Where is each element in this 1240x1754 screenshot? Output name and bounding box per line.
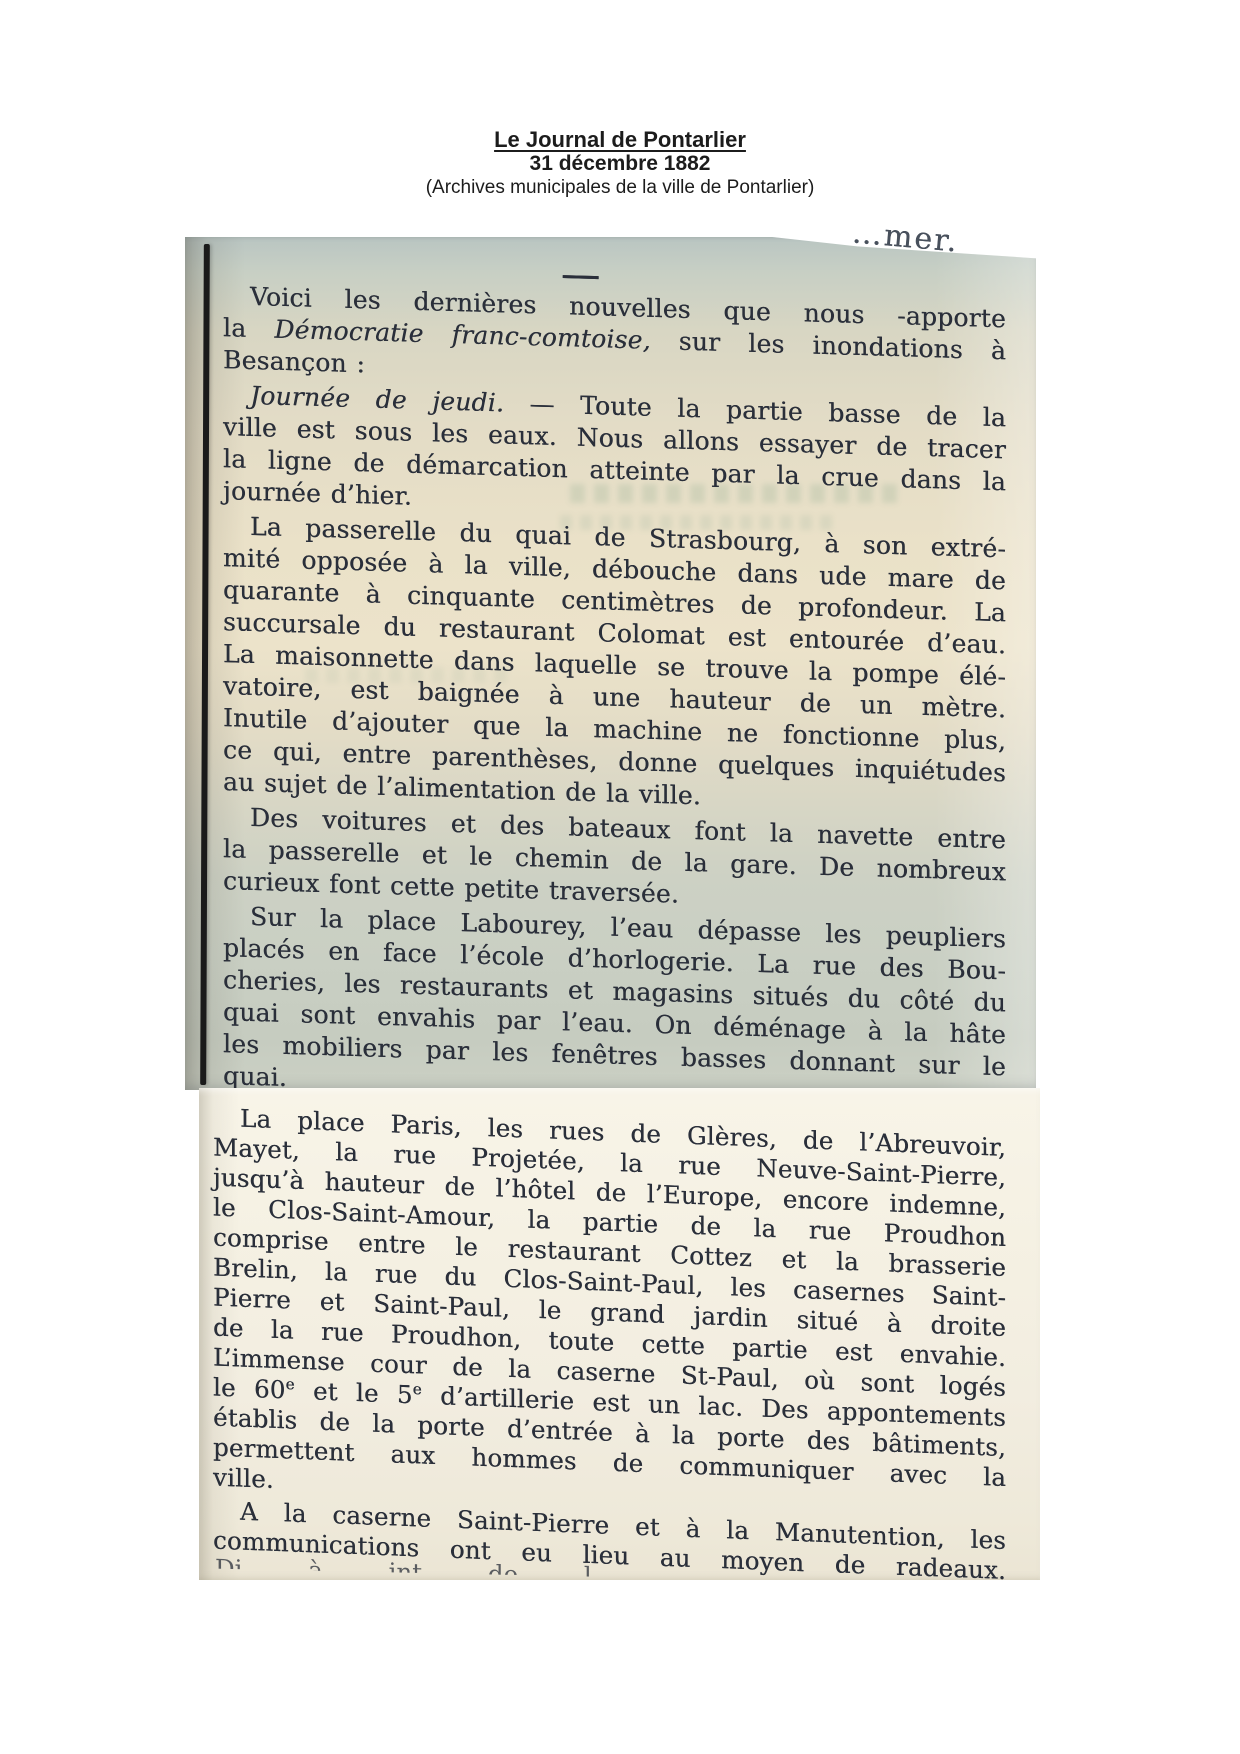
journal-title: Le Journal de Pontarlier [0, 128, 1240, 152]
newspaper-clipping-lower: La place Paris, les rues de Glères, de l… [199, 1088, 1040, 1580]
newsprint-text-segment: Besançon : [223, 345, 365, 378]
newsprint-text-segment: ville. [213, 1463, 274, 1494]
newsprint-text-segment: e [413, 1380, 422, 1398]
newsprint-text-segment: quai. [223, 1061, 287, 1090]
newsprint-text-segment: et le 5 [295, 1376, 413, 1410]
journal-date: 31 décembre 1882 [0, 152, 1240, 176]
page-header: Le Journal de Pontarlier 31 décembre 188… [0, 128, 1240, 199]
upper-text-column: — Voici les dernières nouvelles que nous… [185, 237, 1036, 1090]
newsprint-text-segment: e [286, 1375, 295, 1393]
lower-text-column: La place Paris, les rues de Glères, de l… [199, 1088, 1040, 1580]
newsprint-text-segment: le 60 [213, 1373, 286, 1405]
newsprint-text-segment: journée d’hier. [223, 476, 412, 511]
section-divider-glyph: — [560, 260, 600, 291]
newspaper-clipping-upper: — Voici les dernières nouvelles que nous… [185, 237, 1036, 1090]
newsprint-text-segment: Journée de jeudi. [250, 381, 504, 418]
newsprint-text-segment: la [223, 313, 274, 344]
archives-note: (Archives municipales de la ville de Pon… [0, 176, 1240, 199]
